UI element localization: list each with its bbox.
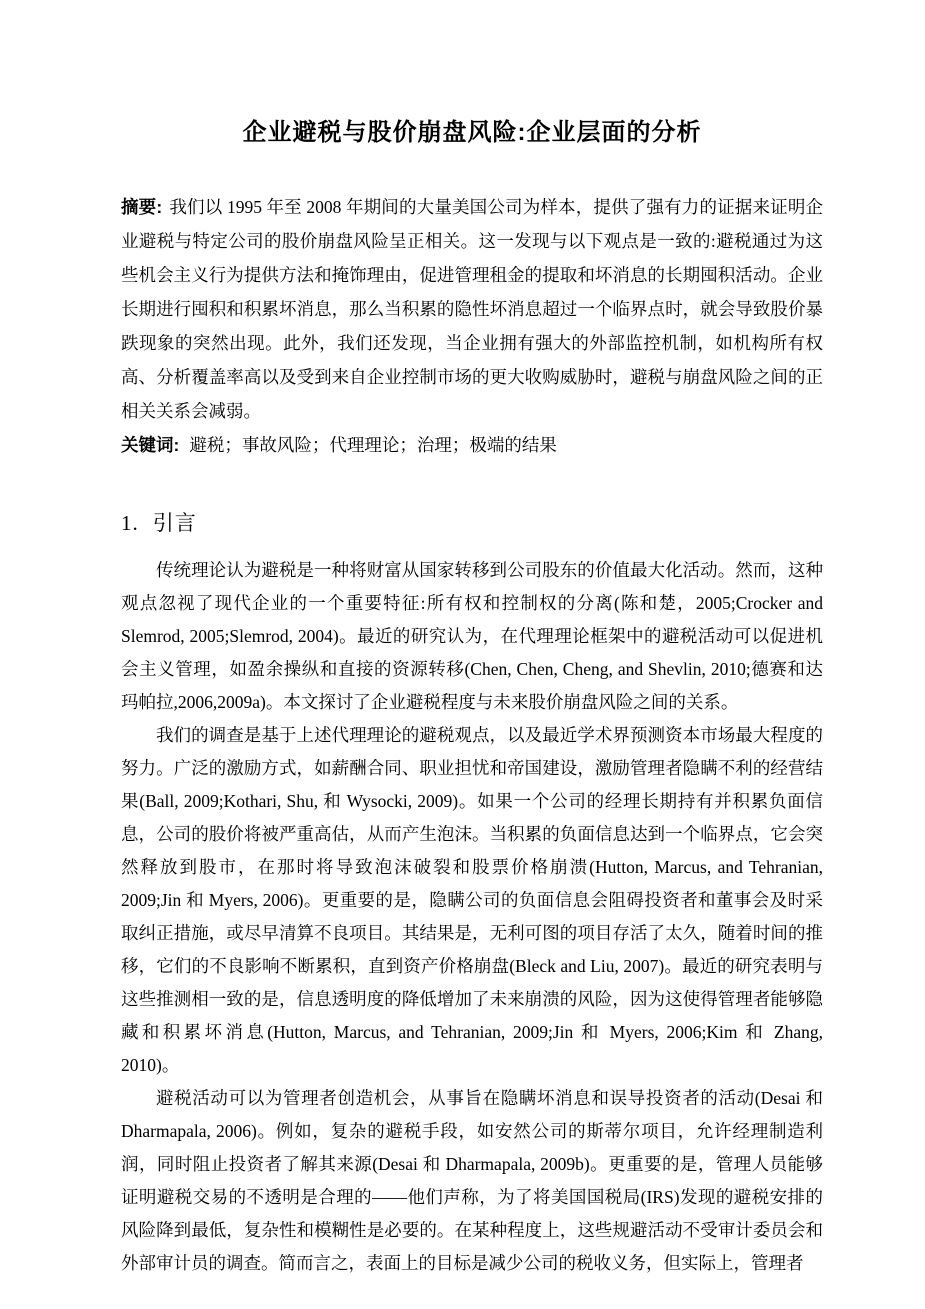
keywords-line: 关键词:避税；事故风险；代理理论；治理；极端的结果 <box>121 428 823 462</box>
document-page: 企业避税与股价崩盘风险:企业层面的分析 摘要:我们以 1995 年至 2008 … <box>0 0 925 1309</box>
abstract-text: 我们以 1995 年至 2008 年期间的大量美国公司为样本，提供了强有力的证据… <box>121 197 823 421</box>
keywords-label: 关键词: <box>121 435 179 455</box>
paragraph: 传统理论认为避税是一种将财富从国家转移到公司股东的价值最大化活动。然而，这种观点… <box>121 554 823 719</box>
section-title: 引言 <box>153 511 197 535</box>
keywords-text: 避税；事故风险；代理理论；治理；极端的结果 <box>189 435 557 455</box>
section-number: 1. <box>121 511 139 535</box>
paragraph: 我们的调查是基于上述代理理论的避税观点，以及最近学术界预测资本市场最大程度的努力… <box>121 719 823 1082</box>
paragraph: 避税活动可以为管理者创造机会，从事旨在隐瞒坏消息和误导投资者的活动(Desai … <box>121 1082 823 1280</box>
section-heading-introduction: 1.引言 <box>121 508 823 538</box>
abstract: 摘要:我们以 1995 年至 2008 年期间的大量美国公司为样本，提供了强有力… <box>121 190 823 428</box>
page-title: 企业避税与股价崩盘风险:企业层面的分析 <box>121 116 823 150</box>
abstract-label: 摘要: <box>121 197 162 217</box>
